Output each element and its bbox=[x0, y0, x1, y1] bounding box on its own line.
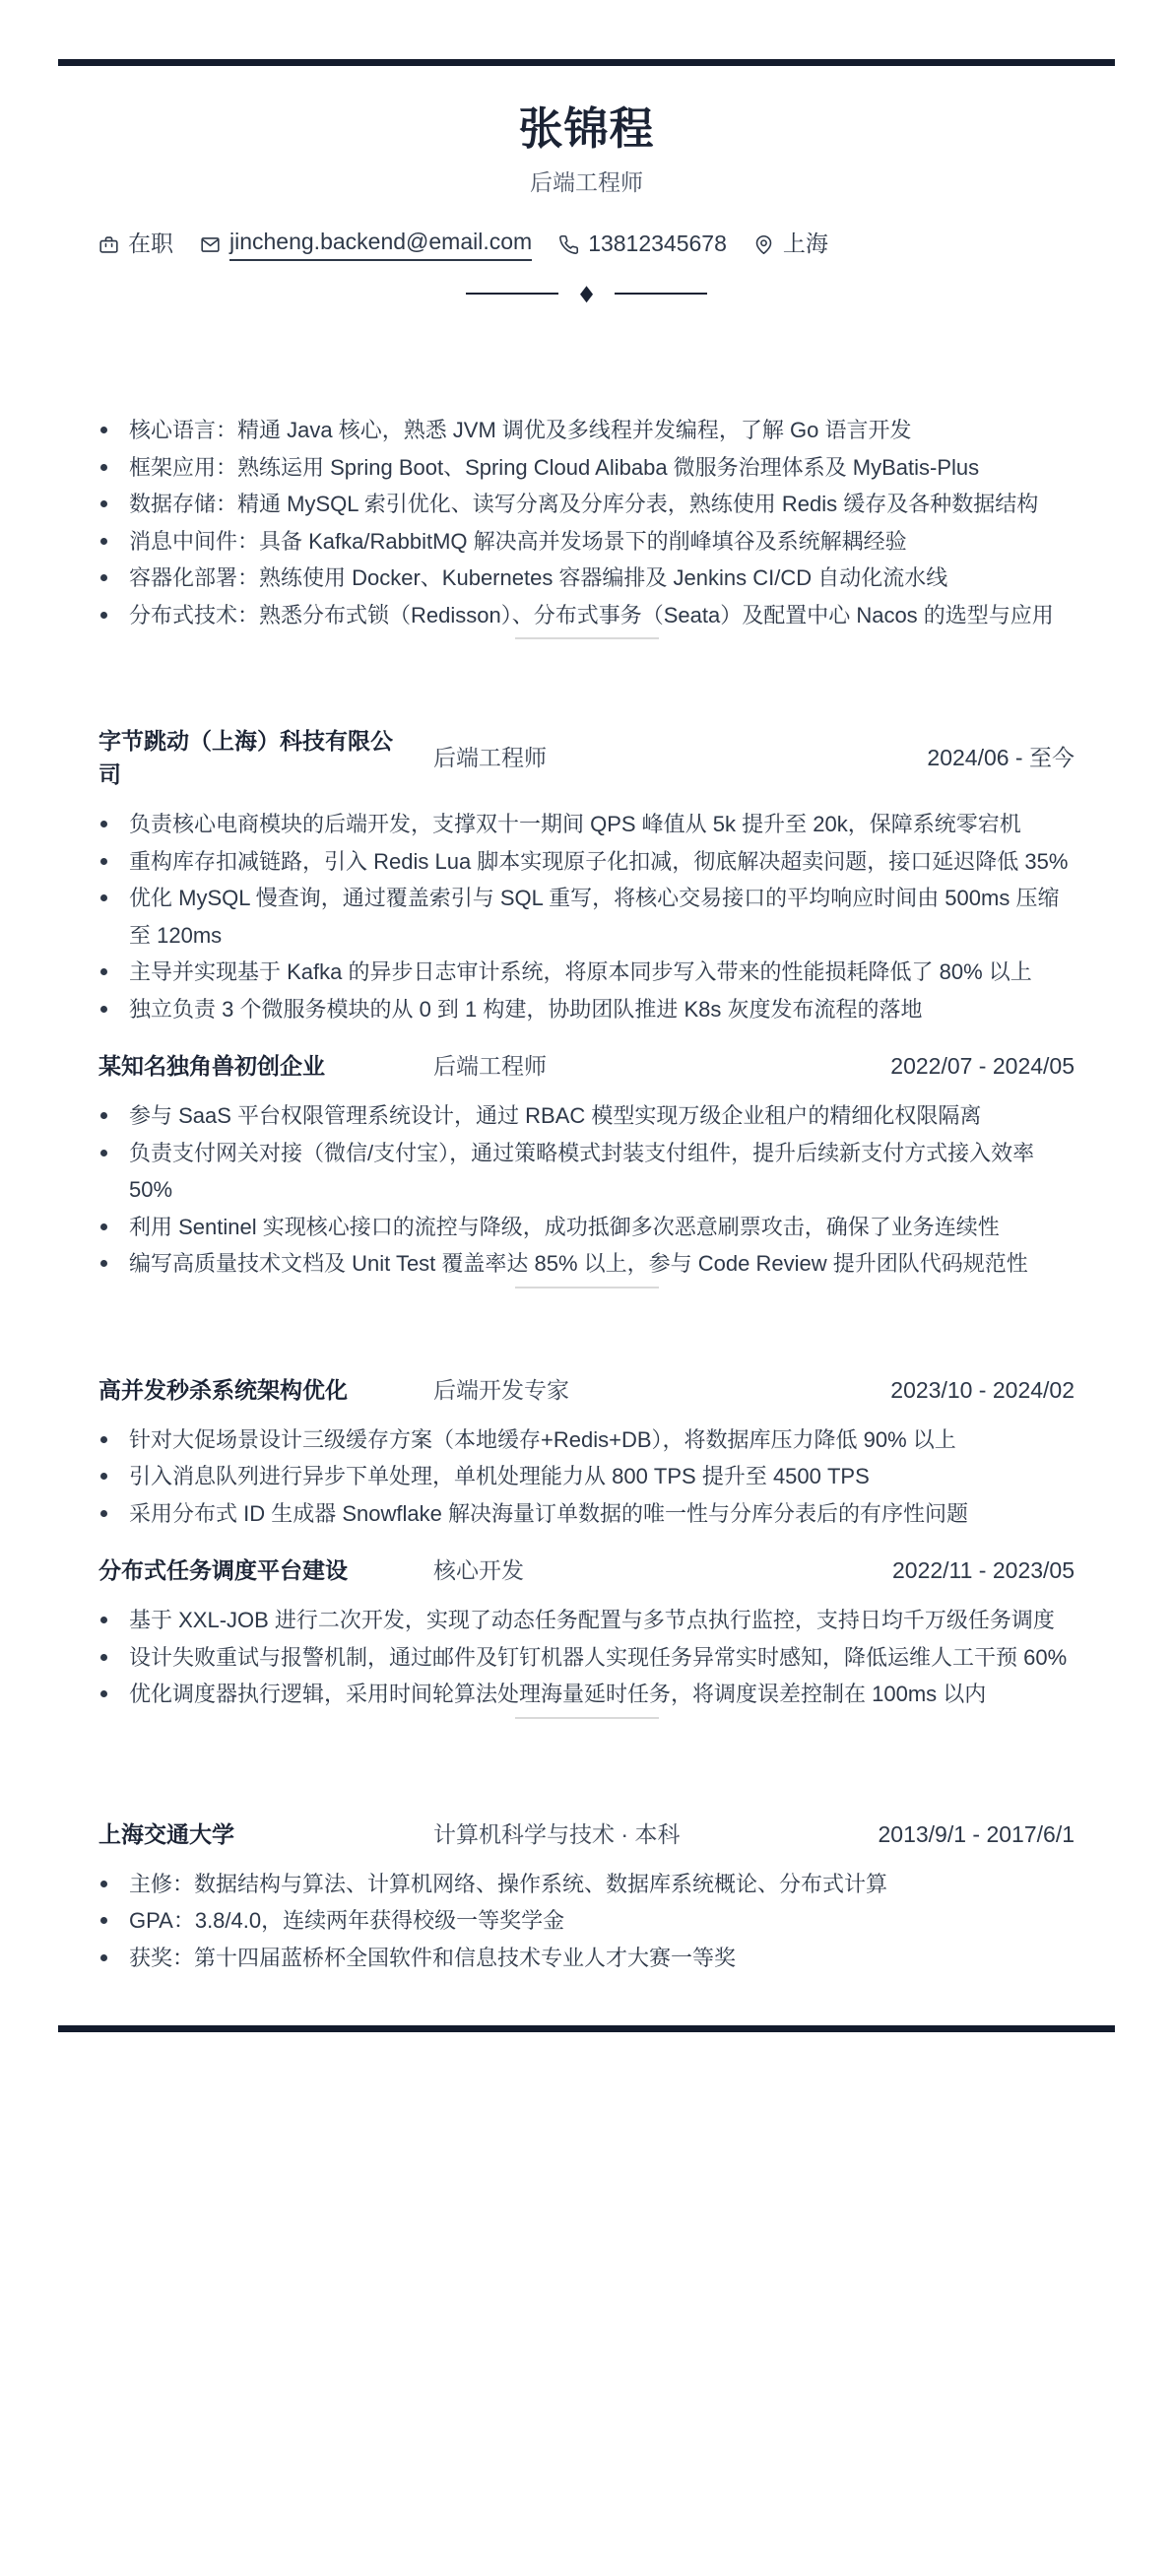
projects-section: 高并发秒杀系统架构优化 后端开发专家 2023/10 - 2024/02 针对大… bbox=[98, 1373, 1075, 1713]
resume-page: 张锦程 后端工程师 在职 jincheng.backend@email.com … bbox=[0, 0, 1173, 2086]
bullet-item: 编写高质量技术文档及 Unit Test 覆盖率达 85% 以上，参与 Code… bbox=[98, 1245, 1075, 1283]
section-divider bbox=[515, 1287, 659, 1288]
contact-email: jincheng.backend@email.com bbox=[200, 228, 532, 261]
diamond-icon: ◆ bbox=[580, 283, 593, 304]
date-range: 2023/10 - 2024/02 bbox=[890, 1373, 1075, 1407]
experience-section: 字节跳动（上海）科技有限公司 后端工程师 2024/06 - 至今 负责核心电商… bbox=[98, 724, 1075, 1283]
bullet-item: 针对大促场景设计三级缓存方案（本地缓存+Redis+DB），将数据库压力降低 9… bbox=[98, 1421, 1075, 1459]
education-entry: 上海交通大学 计算机科学与技术 · 本科 2013/9/1 - 2017/6/1… bbox=[98, 1817, 1075, 1977]
education-bullets: 主修：数据结构与算法、计算机网络、操作系统、数据库系统概论、分布式计算 GPA：… bbox=[98, 1866, 1075, 1977]
education-section: 上海交通大学 计算机科学与技术 · 本科 2013/9/1 - 2017/6/1… bbox=[98, 1817, 1075, 1977]
section-divider bbox=[515, 637, 659, 639]
location-pin-icon bbox=[753, 234, 774, 255]
bullet-item: 利用 Sentinel 实现核心接口的流控与降级，成功抵御多次恶意刷票攻击，确保… bbox=[98, 1209, 1075, 1246]
candidate-job-title: 后端工程师 bbox=[98, 166, 1075, 198]
experience-entry: 某知名独角兽初创企业 后端工程师 2022/07 - 2024/05 参与 Sa… bbox=[98, 1049, 1075, 1283]
education-entry-header: 上海交通大学 计算机科学与技术 · 本科 2013/9/1 - 2017/6/1 bbox=[98, 1817, 1075, 1851]
role-label: 核心开发 bbox=[433, 1553, 892, 1587]
resume-content: 张锦程 后端工程师 在职 jincheng.backend@email.com … bbox=[58, 101, 1115, 1976]
date-range: 2022/11 - 2023/05 bbox=[892, 1553, 1075, 1587]
email-link[interactable]: jincheng.backend@email.com bbox=[229, 228, 532, 261]
phone-icon bbox=[558, 234, 579, 255]
bullet-item: 优化调度器执行逻辑，采用时间轮算法处理海量延时任务，将调度误差控制在 100ms… bbox=[98, 1676, 1075, 1713]
skill-item: 核心语言：精通 Java 核心，熟悉 JVM 调优及多线程并发编程，了解 Go … bbox=[98, 412, 1075, 449]
company-name: 某知名独角兽初创企业 bbox=[98, 1049, 410, 1083]
experience-bullets: 参与 SaaS 平台权限管理系统设计，通过 RBAC 模型实现万级企业租户的精细… bbox=[98, 1097, 1075, 1283]
skill-item: 分布式技术：熟悉分布式锁（Redisson）、分布式事务（Seata）及配置中心… bbox=[98, 597, 1075, 634]
project-entry-header: 分布式任务调度平台建设 核心开发 2022/11 - 2023/05 bbox=[98, 1553, 1075, 1587]
date-range: 2013/9/1 - 2017/6/1 bbox=[879, 1817, 1075, 1851]
bullet-item: 主修：数据结构与算法、计算机网络、操作系统、数据库系统概论、分布式计算 bbox=[98, 1866, 1075, 1903]
divider-line-left bbox=[466, 293, 558, 295]
bullet-item: 引入消息队列进行异步下单处理，单机处理能力从 800 TPS 提升至 4500 … bbox=[98, 1458, 1075, 1495]
skill-item: 容器化部署：熟练使用 Docker、Kubernetes 容器编排及 Jenki… bbox=[98, 560, 1075, 597]
skill-item: 数据存储：精通 MySQL 索引优化、读写分离及分库分表，熟练使用 Redis … bbox=[98, 486, 1075, 523]
date-range: 2022/07 - 2024/05 bbox=[890, 1049, 1075, 1083]
mail-icon bbox=[200, 234, 221, 255]
skill-item: 框架应用：熟练运用 Spring Boot、Spring Cloud Aliba… bbox=[98, 449, 1075, 487]
experience-entry: 字节跳动（上海）科技有限公司 后端工程师 2024/06 - 至今 负责核心电商… bbox=[98, 724, 1075, 1027]
bullet-item: 负责支付网关对接（微信/支付宝），通过策略模式封装支付组件，提升后续新支付方式接… bbox=[98, 1135, 1075, 1209]
diamond-divider: ◆ bbox=[98, 285, 1075, 301]
phone-number: 13812345678 bbox=[588, 230, 727, 259]
contact-location: 上海 bbox=[753, 230, 828, 259]
contact-phone: 13812345678 bbox=[558, 230, 727, 259]
bullet-item: 重构库存扣减链路，引入 Redis Lua 脚本实现原子化扣减，彻底解决超卖问题… bbox=[98, 843, 1075, 881]
bullet-item: 获奖：第十四届蓝桥杯全国软件和信息技术专业人才大赛一等奖 bbox=[98, 1940, 1075, 1977]
company-name: 字节跳动（上海）科技有限公司 bbox=[98, 724, 410, 791]
bullet-item: 主导并实现基于 Kafka 的异步日志审计系统，将原本同步写入带来的性能损耗降低… bbox=[98, 954, 1075, 991]
candidate-name: 张锦程 bbox=[98, 101, 1075, 157]
location-label: 上海 bbox=[783, 230, 828, 259]
bullet-item: 负责核心电商模块的后端开发，支撑双十一期间 QPS 峰值从 5k 提升至 20k… bbox=[98, 806, 1075, 843]
divider-line-right bbox=[615, 293, 707, 295]
bullet-item: 设计失败重试与报警机制，通过邮件及钉钉机器人实现任务异常实时感知，降低运维人工干… bbox=[98, 1639, 1075, 1677]
major-label: 计算机科学与技术 · 本科 bbox=[433, 1817, 879, 1851]
bullet-item: 参与 SaaS 平台权限管理系统设计，通过 RBAC 模型实现万级企业租户的精细… bbox=[98, 1097, 1075, 1135]
project-bullets: 针对大促场景设计三级缓存方案（本地缓存+Redis+DB），将数据库压力降低 9… bbox=[98, 1421, 1075, 1533]
section-divider bbox=[515, 1717, 659, 1719]
skill-item: 消息中间件：具备 Kafka/RabbitMQ 解决高并发场景下的削峰填谷及系统… bbox=[98, 523, 1075, 561]
top-rule bbox=[58, 59, 1115, 66]
project-entry: 高并发秒杀系统架构优化 后端开发专家 2023/10 - 2024/02 针对大… bbox=[98, 1373, 1075, 1533]
skills-list: 核心语言：精通 Java 核心，熟悉 JVM 调优及多线程并发编程，了解 Go … bbox=[98, 412, 1075, 633]
date-range: 2024/06 - 至今 bbox=[927, 741, 1075, 774]
experience-bullets: 负责核心电商模块的后端开发，支撑双十一期间 QPS 峰值从 5k 提升至 20k… bbox=[98, 806, 1075, 1027]
bullet-item: 采用分布式 ID 生成器 Snowflake 解决海量订单数据的唯一性与分库分表… bbox=[98, 1495, 1075, 1533]
role-label: 后端开发专家 bbox=[433, 1373, 890, 1407]
project-entry-header: 高并发秒杀系统架构优化 后端开发专家 2023/10 - 2024/02 bbox=[98, 1373, 1075, 1407]
project-entry: 分布式任务调度平台建设 核心开发 2022/11 - 2023/05 基于 XX… bbox=[98, 1553, 1075, 1713]
role-label: 后端工程师 bbox=[433, 1049, 890, 1083]
experience-entry-header: 某知名独角兽初创企业 后端工程师 2022/07 - 2024/05 bbox=[98, 1049, 1075, 1083]
project-name: 分布式任务调度平台建设 bbox=[98, 1553, 410, 1587]
briefcase-icon bbox=[98, 234, 119, 255]
skills-section: 核心语言：精通 Java 核心，熟悉 JVM 调优及多线程并发编程，了解 Go … bbox=[98, 412, 1075, 633]
bullet-item: GPA：3.8/4.0，连续两年获得校级一等奖学金 bbox=[98, 1902, 1075, 1940]
project-bullets: 基于 XXL-JOB 进行二次开发，实现了动态任务配置与多节点执行监控，支持日均… bbox=[98, 1602, 1075, 1713]
contact-row: 在职 jincheng.backend@email.com 1381234567… bbox=[98, 228, 1075, 261]
role-label: 后端工程师 bbox=[433, 741, 927, 774]
bottom-rule bbox=[58, 2025, 1115, 2032]
bullet-item: 优化 MySQL 慢查询，通过覆盖索引与 SQL 重写，将核心交易接口的平均响应… bbox=[98, 880, 1075, 954]
school-name: 上海交通大学 bbox=[98, 1817, 410, 1851]
project-name: 高并发秒杀系统架构优化 bbox=[98, 1373, 410, 1407]
bullet-item: 基于 XXL-JOB 进行二次开发，实现了动态任务配置与多节点执行监控，支持日均… bbox=[98, 1602, 1075, 1639]
employment-status: 在职 bbox=[98, 230, 173, 259]
bullet-item: 独立负责 3 个微服务模块的从 0 到 1 构建，协助团队推进 K8s 灰度发布… bbox=[98, 991, 1075, 1028]
employment-status-label: 在职 bbox=[128, 230, 173, 259]
experience-entry-header: 字节跳动（上海）科技有限公司 后端工程师 2024/06 - 至今 bbox=[98, 724, 1075, 791]
